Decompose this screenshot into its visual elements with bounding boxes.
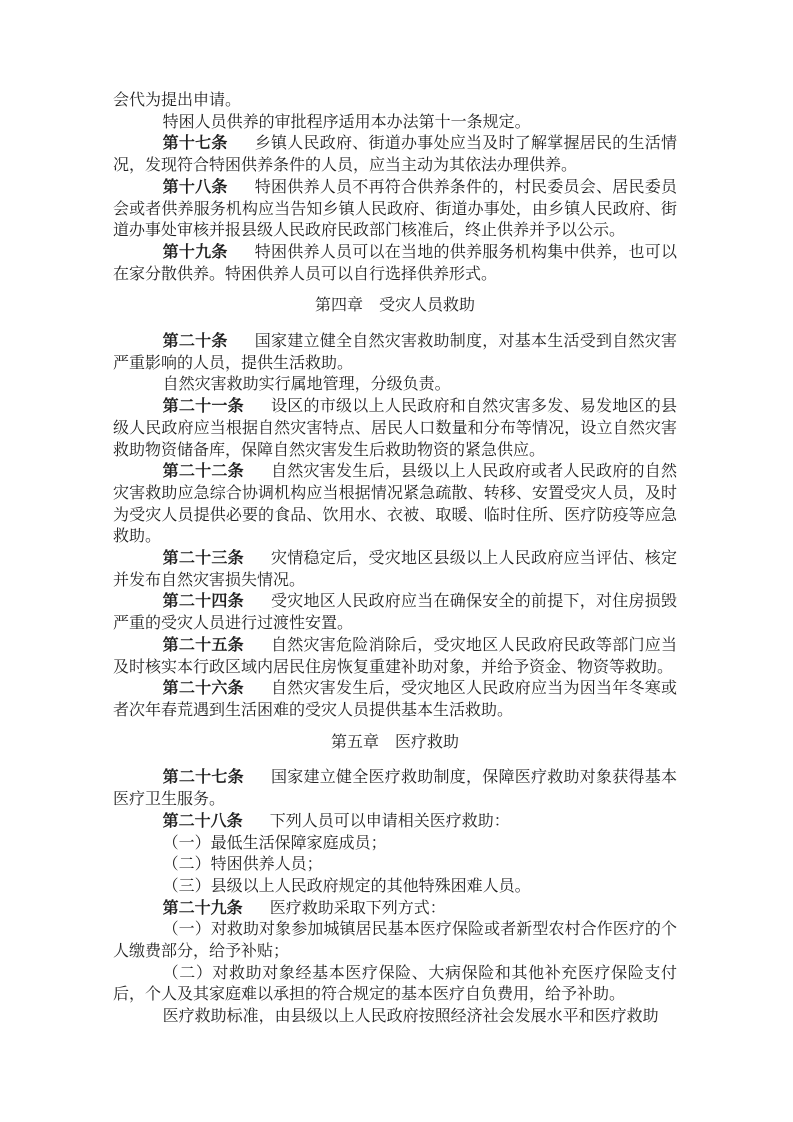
- body-paragraph: 自然灾害救助实行属地管理，分级负责。: [113, 374, 677, 396]
- paragraph-text: （三）县级以上人民政府规定的其他特殊困难人员。: [163, 878, 531, 895]
- article-paragraph: 第二十九条医疗救助采取下列方式：: [113, 898, 677, 920]
- paragraph-text: （二）特困供养人员；: [163, 856, 323, 873]
- article-number: 第十七条: [163, 135, 228, 152]
- article-number: 第十九条: [163, 244, 228, 261]
- body-paragraph: （一）最低生活保障家庭成员；: [113, 833, 677, 855]
- body-paragraph: 会代为提出申请。: [113, 90, 677, 112]
- article-paragraph: 第二十三条灾情稳定后，受灾地区县级以上人民政府应当评估、核定并发布自然灾害损失情…: [113, 548, 677, 591]
- body-paragraph: 特困人员供养的审批程序适用本办法第十一条规定。: [113, 112, 677, 134]
- chapter-number: 第五章: [331, 734, 379, 751]
- paragraph-text: 特困人员供养的审批程序适用本办法第十一条规定。: [163, 114, 531, 131]
- body-paragraph: （一）对救助对象参加城镇居民基本医疗保险或者新型农村合作医疗的个人缴费部分，给予…: [113, 919, 677, 962]
- document-content: 会代为提出申请。特困人员供养的审批程序适用本办法第十一条规定。第十七条乡镇人民政…: [113, 90, 677, 1028]
- article-paragraph: 第二十二条自然灾害发生后，县级以上人民政府或者人民政府的自然灾害救助应急综合协调…: [113, 461, 677, 548]
- article-number: 第二十五条: [163, 637, 244, 654]
- chapter-heading: 第四章受灾人员救助: [113, 295, 677, 317]
- body-paragraph: （二）对救助对象经基本医疗保险、大病保险和其他补充医疗保险支付后，个人及其家庭难…: [113, 963, 677, 1006]
- article-paragraph: 第二十七条国家建立健全医疗救助制度，保障医疗救助对象获得基本医疗卫生服务。: [113, 767, 677, 810]
- article-number: 第二十九条: [163, 900, 243, 917]
- article-number: 第二十一条: [163, 398, 244, 415]
- chapter-title: 医疗救助: [395, 734, 459, 751]
- article-number: 第二十条: [163, 333, 228, 350]
- document-page: 会代为提出申请。特困人员供养的审批程序适用本办法第十一条规定。第十七条乡镇人民政…: [0, 0, 793, 1122]
- article-paragraph: 第二十一条设区的市级以上人民政府和自然灾害多发、易发地区的县级人民政府应当根据自…: [113, 396, 677, 461]
- article-paragraph: 第十九条特困供养人员可以在当地的供养服务机构集中供养，也可以在家分散供养。特困供…: [113, 242, 677, 285]
- article-paragraph: 第二十六条自然灾害发生后，受灾地区人民政府应当为因当年冬寒或者次年春荒遇到生活困…: [113, 678, 677, 721]
- article-number: 第二十三条: [163, 550, 244, 567]
- article-number: 第二十七条: [163, 769, 244, 786]
- article-paragraph: 第二十四条受灾地区人民政府应当在确保安全的前提下，对住房损毁严重的受灾人员进行过…: [113, 591, 677, 634]
- article-number: 第二十四条: [163, 593, 244, 610]
- article-paragraph: 第二十五条自然灾害危险消除后，受灾地区人民政府民政等部门应当及时核实本行政区域内…: [113, 635, 677, 678]
- article-paragraph: 第二十八条下列人员可以申请相关医疗救助：: [113, 811, 677, 833]
- paragraph-text: 自然灾害救助实行属地管理，分级负责。: [163, 376, 451, 393]
- article-text: 下列人员可以申请相关医疗救助：: [270, 813, 510, 830]
- article-paragraph: 第十八条特困供养人员不再符合供养条件的，村民委员会、居民委员会或者供养服务机构应…: [113, 177, 677, 242]
- article-paragraph: 第二十条国家建立健全自然灾害救助制度，对基本生活受到自然灾害严重影响的人员，提供…: [113, 331, 677, 374]
- paragraph-text: （二）对救助对象经基本医疗保险、大病保险和其他补充医疗保险支付后，个人及其家庭难…: [113, 965, 677, 1004]
- paragraph-text: 会代为提出申请。: [113, 92, 241, 109]
- article-number: 第二十八条: [163, 813, 243, 830]
- article-number: 第二十六条: [163, 680, 244, 697]
- body-paragraph: 医疗救助标准，由县级以上人民政府按照经济社会发展水平和医疗救助: [113, 1006, 677, 1028]
- chapter-title: 受灾人员救助: [379, 297, 475, 314]
- article-paragraph: 第十七条乡镇人民政府、街道办事处应当及时了解掌握居民的生活情况，发现符合特困供养…: [113, 133, 677, 176]
- article-number: 第十八条: [163, 179, 228, 196]
- article-text: 医疗救助采取下列方式：: [270, 900, 446, 917]
- body-paragraph: （二）特困供养人员；: [113, 854, 677, 876]
- paragraph-text: （一）最低生活保障家庭成员；: [163, 835, 387, 852]
- chapter-heading: 第五章医疗救助: [113, 732, 677, 754]
- chapter-number: 第四章: [315, 297, 363, 314]
- body-paragraph: （三）县级以上人民政府规定的其他特殊困难人员。: [113, 876, 677, 898]
- article-number: 第二十二条: [163, 463, 244, 480]
- paragraph-text: 医疗救助标准，由县级以上人民政府按照经济社会发展水平和医疗救助: [163, 1008, 659, 1025]
- paragraph-text: （一）对救助对象参加城镇居民基本医疗保险或者新型农村合作医疗的个人缴费部分，给予…: [113, 921, 677, 960]
